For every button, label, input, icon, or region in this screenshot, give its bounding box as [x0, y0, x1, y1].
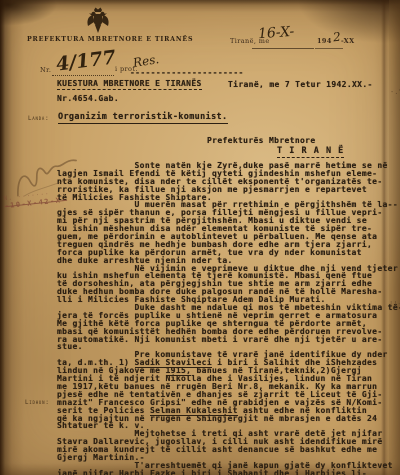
nr-label: Nr.: [40, 66, 51, 74]
edge-bleed-mark: -.": [390, 88, 400, 96]
addressee-office: Prefekturës Mbretnore: [207, 136, 316, 145]
handwritten-protocol-number: 4/177: [55, 46, 117, 75]
attachment-label: Lidhun:: [25, 400, 50, 406]
sender-place-date: Tiranë, me 7 Tetur 1942.XX.-: [228, 80, 373, 89]
scanned-document-page: PREFEKTURA MBRETNORE E TIRANËS Tiranë, m…: [0, 0, 400, 475]
handwritten-year-digit: 2: [332, 30, 341, 45]
dash-separator: ----------------------: [130, 68, 244, 77]
typed-line: ra automatikë. Nji komunist mbeti i vrar…: [57, 336, 400, 344]
year-underline: [315, 48, 343, 49]
date-underline: [252, 48, 314, 49]
printed-year: 194: [317, 37, 332, 45]
protocol-dotted-line: [52, 75, 114, 76]
subject-value: Organizim terroristik-komunist.: [58, 112, 228, 124]
fascist-era-suffix: -XX: [341, 37, 355, 45]
body-text: Sonte natën kje Zyrë,duke pasë marrë het…: [57, 162, 400, 475]
addressee-city: T I R A N Ë: [277, 146, 344, 158]
sender-office: KUESTURA MBRETNORE E TIRANËS: [57, 79, 202, 90]
letterhead-issuer: PREFEKTURA MBRETNORE E TIRANËS: [27, 36, 193, 43]
double-headed-eagle-emblem-icon: [85, 6, 111, 34]
subject-label: Landa:: [28, 116, 49, 122]
sender-ref-number: Nr.4654.Gab.: [57, 94, 119, 103]
typed-line: janë njifar Harbi Fazke i biri i Shabani…: [57, 470, 400, 475]
edge-bleed-mark: ǀǀ-: [389, 300, 400, 308]
handwritten-day: 16-X-: [257, 24, 294, 42]
